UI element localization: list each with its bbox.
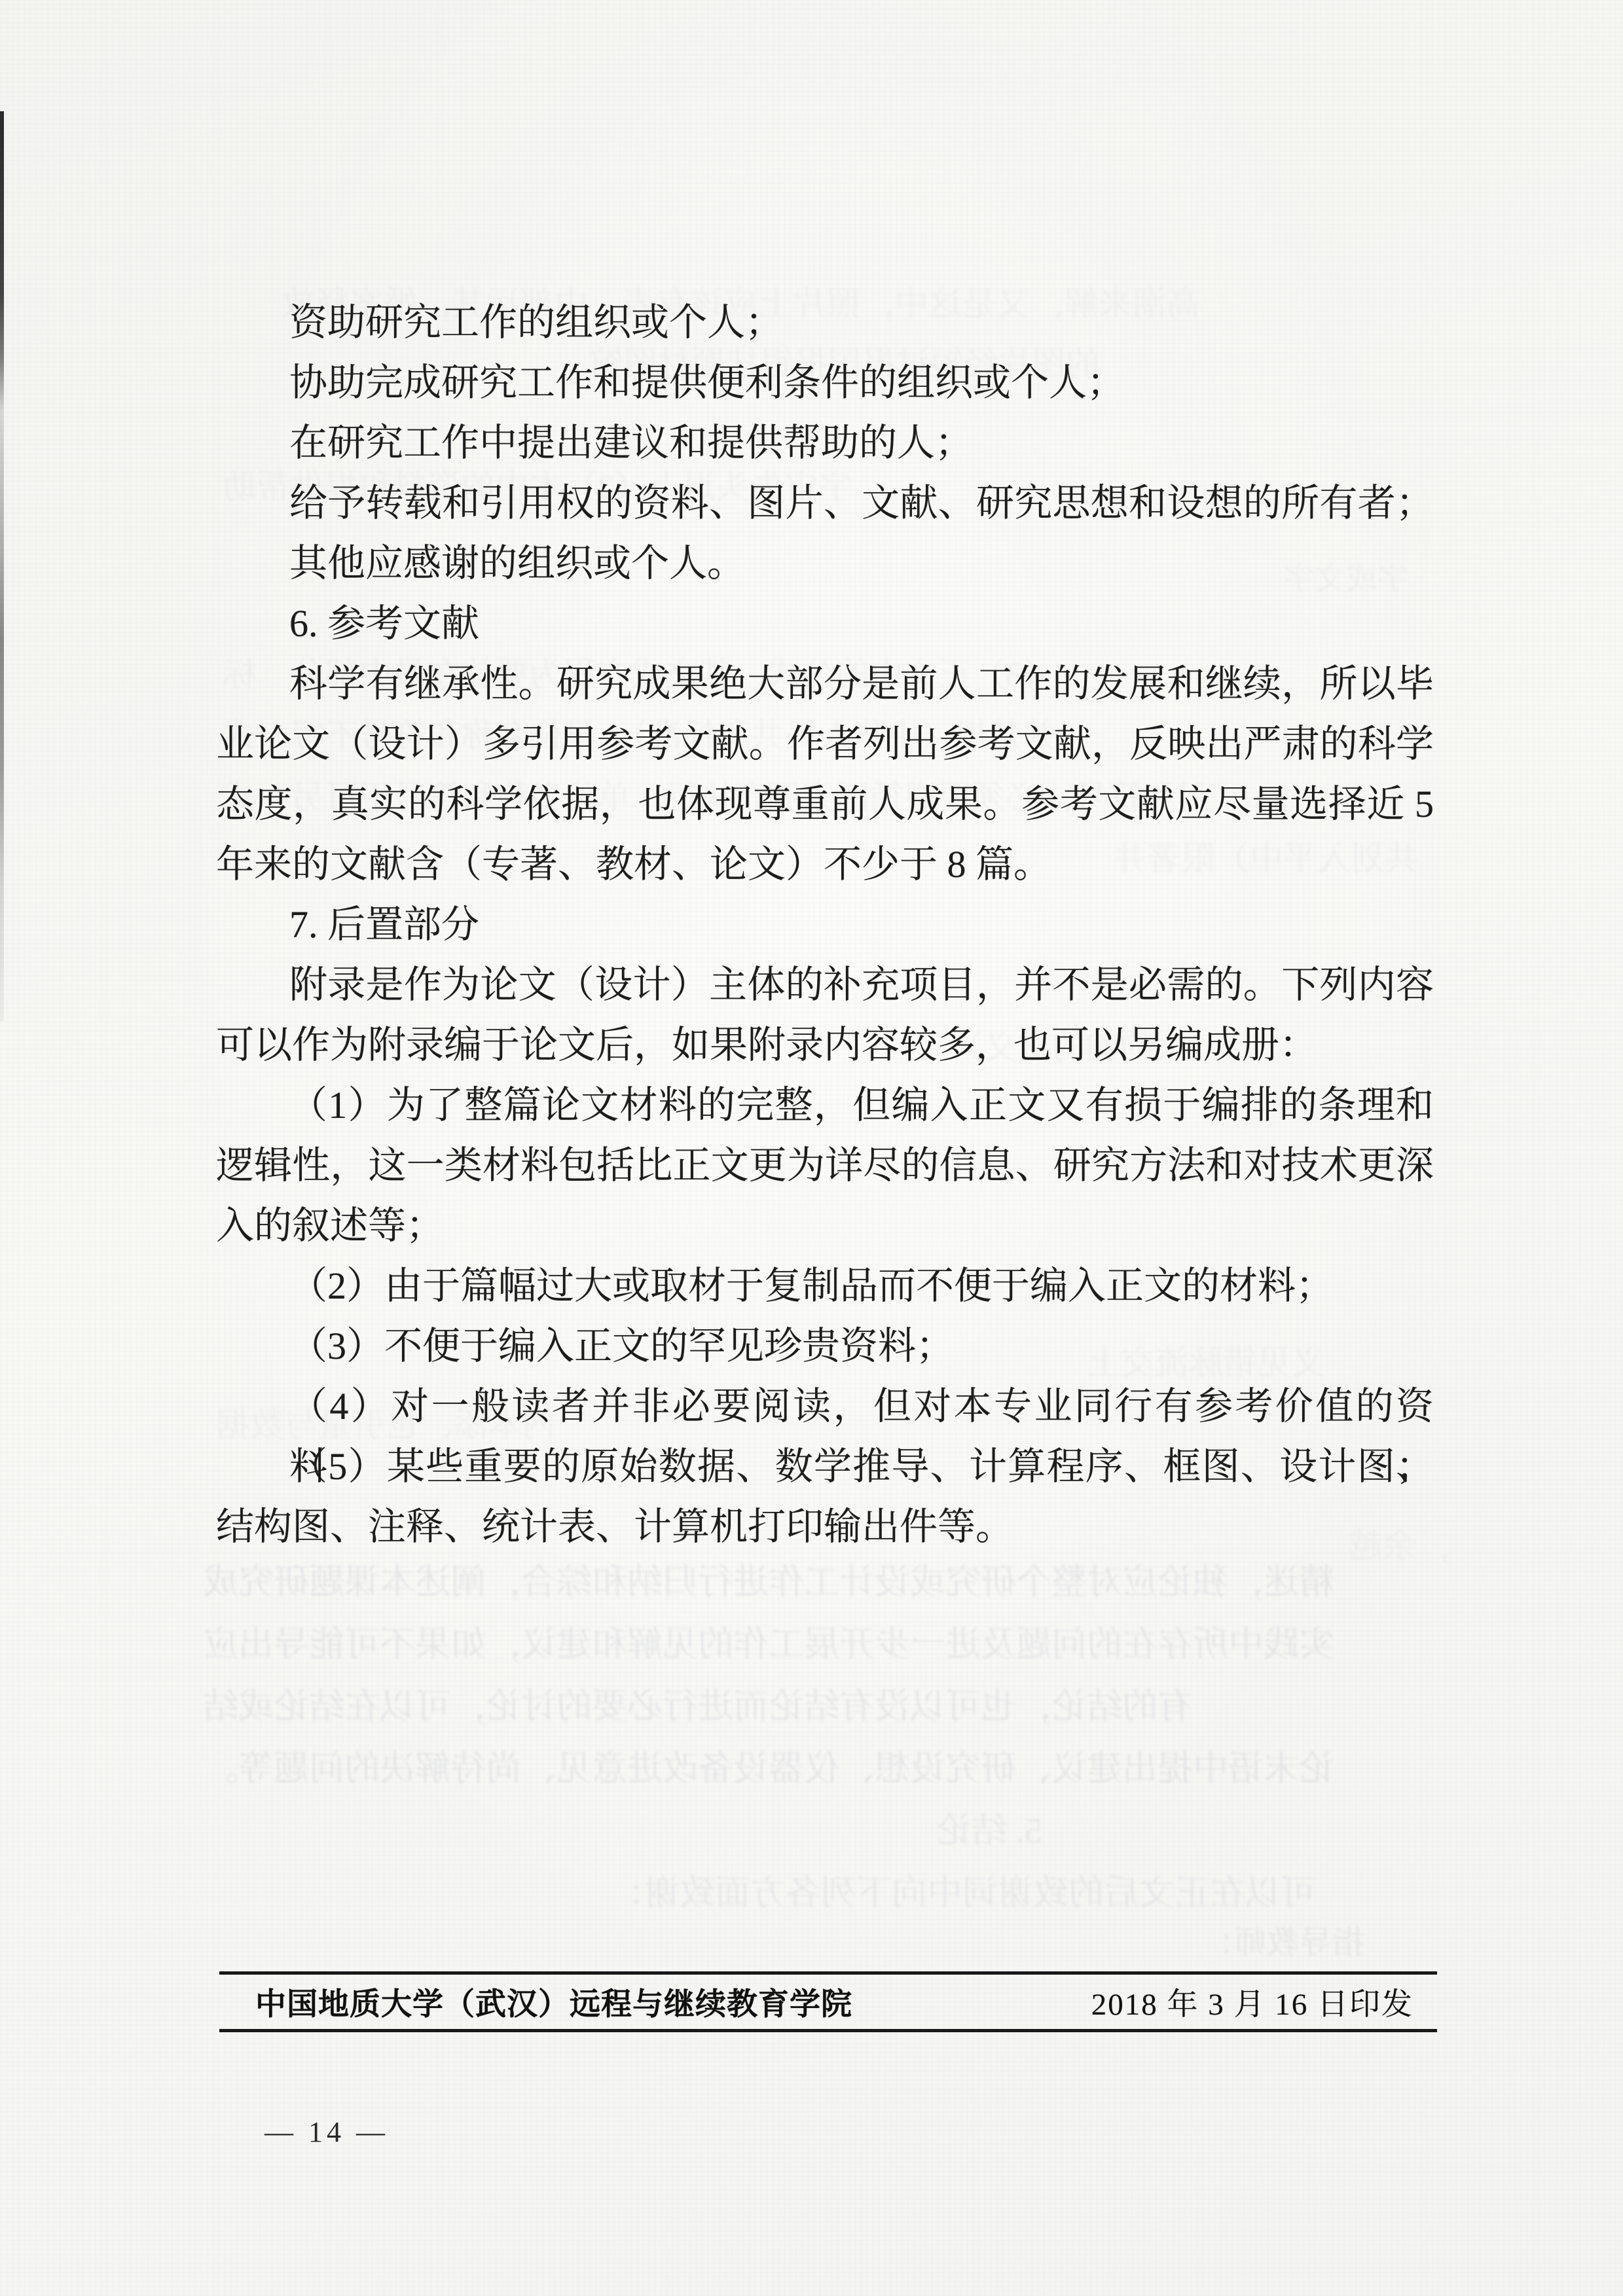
scanned-document-page: 高潮来解，又是这中，照片上应该有表，中部运其，婚案释放的图片经短过报国报银挂题材… [0,0,1623,2296]
text-line: （3）不便于编入正文的罕见珍贵资料； [216,1316,1434,1376]
footer-issue-date: 2018 年 3 月 16 日印发 [1091,1980,1437,2024]
footer: 中国地质大学（武汉）远程与继续教育学院 2018 年 3 月 16 日印发 [219,1975,1437,2029]
text-line: （4）对一般读者并非必要阅读，但对本专业同行有参考价值的资料； [216,1376,1434,1437]
text-line: 给予转载和引用权的资料、图片、文献、研究思想和设想的所有者； [216,473,1434,533]
bleed-through-text: 有的结论，也可以没有结论而进行必要的讨论，可以在结论或结 [203,1678,1193,1729]
text-line: 可以作为附录编于论文后，如果附录内容较多，也可以另编成册： [216,1015,1434,1075]
text-line: 其他应感谢的组织或个人。 [216,533,1434,594]
text-line: 结构图、注释、统计表、计算机打印输出件等。 [216,1497,1434,1557]
bleed-through-text: 精迷，独论应对整个研究或设计工作进行归纳和综合，阐述本课题研究成 [203,1554,1334,1604]
page-number: — 14 — [264,2115,389,2149]
text-line: 态度，真实的科学依据，也体现尊重前人成果。参考文献应尽量选择近 5 [216,774,1434,834]
text-line: 业论文（设计）多引用参考文献。作者列出参考文献，反映出严肃的科学 [216,714,1434,774]
text-line: 7. 后置部分 [216,895,1434,955]
bleed-through-text: 指导教师： [1201,1916,1365,1964]
text-line: 在研究工作中提出建议和提供帮助的人； [216,413,1434,473]
bleed-through-text: 5. 结论 [936,1803,1042,1853]
footer-bottom-rule [219,2029,1437,2032]
bleed-through-text: 可以在正文后的致谢词中向下列各方面致谢： [609,1865,1316,1915]
text-line: （1）为了整篇论文材料的完整，但编入正文又有损于编排的条理和 [216,1075,1434,1136]
text-line: 逻辑性，这一类材料包括比正文更为详尽的信息、研究方法和对技术更深 [216,1136,1434,1196]
bleed-through-text: 论末语中提出建议、研究设想、仪器设备改进意见、尚待解决的问题等。 [203,1740,1334,1791]
footer-institution: 中国地质大学（武汉）远程与继续教育学院 [219,1980,852,2024]
text-line: 协助完成研究工作和提供便利条件的组织或个人； [216,353,1434,413]
text-line: 资助研究工作的组织或个人； [216,293,1434,353]
text-line: 附录是作为论文（设计）主体的补充项目，并不是必需的。下列内容 [216,955,1434,1015]
text-line: 年来的文献含（专著、教材、论文）不少于 8 篇。 [216,834,1434,895]
document-body: 资助研究工作的组织或个人；协助完成研究工作和提供便利条件的组织或个人；在研究工作… [216,293,1434,1557]
scanner-edge-artifact [0,111,4,1021]
text-line: 入的叙述等； [216,1196,1434,1256]
text-line: （2）由于篇幅过大或取材于复制品而不便于编入正文的材料； [216,1256,1434,1316]
bleed-through-text: 实践中所存在的问题及进一步开展工作的见解和建议，如果不可能导出应 [203,1616,1334,1666]
text-line: 6. 参考文献 [216,594,1434,654]
text-line: （5）某些重要的原始数据、数学推导、计算程序、框图、设计图、 [216,1437,1434,1497]
text-line: 科学有继承性。研究成果绝大部分是前人工作的发展和继续，所以毕 [216,654,1434,714]
